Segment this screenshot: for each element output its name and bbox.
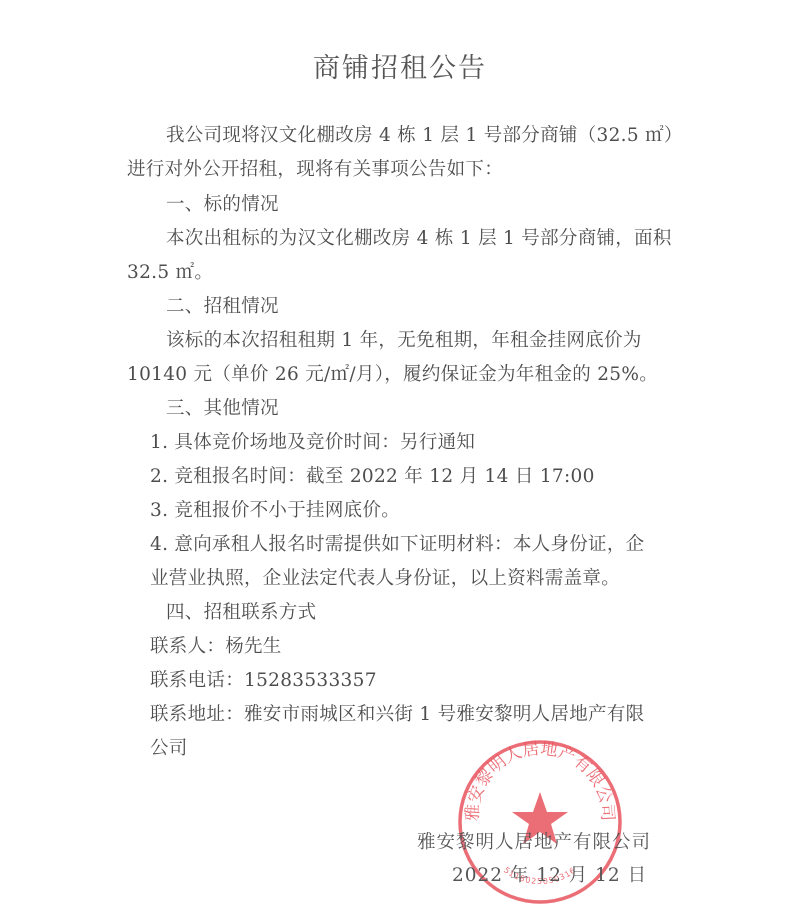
- signature-company: 雅安黎明人居地产有限公司: [417, 828, 651, 854]
- section-3-item-3: 3. 竞租报价不小于挂网底价。: [150, 496, 400, 522]
- section-1-line-2: 32.5 ㎡。: [127, 258, 213, 284]
- page-title: 商铺招租公告: [0, 46, 800, 85]
- contact-address: 联系地址：雅安市雨城区和兴街 1 号雅安黎明人居地产有限: [150, 700, 644, 726]
- section-2-line-1: 该标的本次招租租期 1 年，无免租期，年租金挂网底价为: [166, 326, 642, 352]
- contact-person: 联系人：杨先生: [150, 632, 282, 658]
- section-3-item-4: 4. 意向承租人报名时需提供如下证明材料：本人身份证，企: [150, 530, 644, 556]
- section-3-item-4-cont: 业营业执照，企业法定代表人身份证，以上资料需盖章。: [150, 564, 620, 590]
- section-2-line-2: 10140 元（单价 26 元/㎡/月），履约保证金为年租金的 25%。: [127, 360, 658, 386]
- section-1-line-1: 本次出租标的为汉文化棚改房 4 栋 1 层 1 号部分商铺，面积: [166, 224, 672, 250]
- contact-phone: 联系电话：15283533357: [150, 666, 377, 692]
- section-3-item-1: 1. 具体竞价场地及竞价时间：另行通知: [150, 428, 475, 454]
- section-heading-3: 三、其他情况: [166, 394, 279, 420]
- intro-line-1: 我公司现将汉文化棚改房 4 栋 1 层 1 号部分商铺（32.5 ㎡）: [166, 121, 683, 147]
- section-heading-2: 二、招租情况: [166, 292, 279, 318]
- section-heading-4: 四、招租联系方式: [166, 598, 316, 624]
- section-3-item-2: 2. 竞租报名时间：截至 2022 年 12 月 14 日 17:00: [150, 462, 595, 488]
- intro-line-2: 进行对外公开招租，现将有关事项公告如下：: [127, 155, 503, 181]
- signature-date: 2022 年 12 月 12 日: [452, 861, 647, 887]
- section-heading-1: 一、标的情况: [166, 190, 279, 216]
- contact-address-cont: 公司: [150, 734, 188, 760]
